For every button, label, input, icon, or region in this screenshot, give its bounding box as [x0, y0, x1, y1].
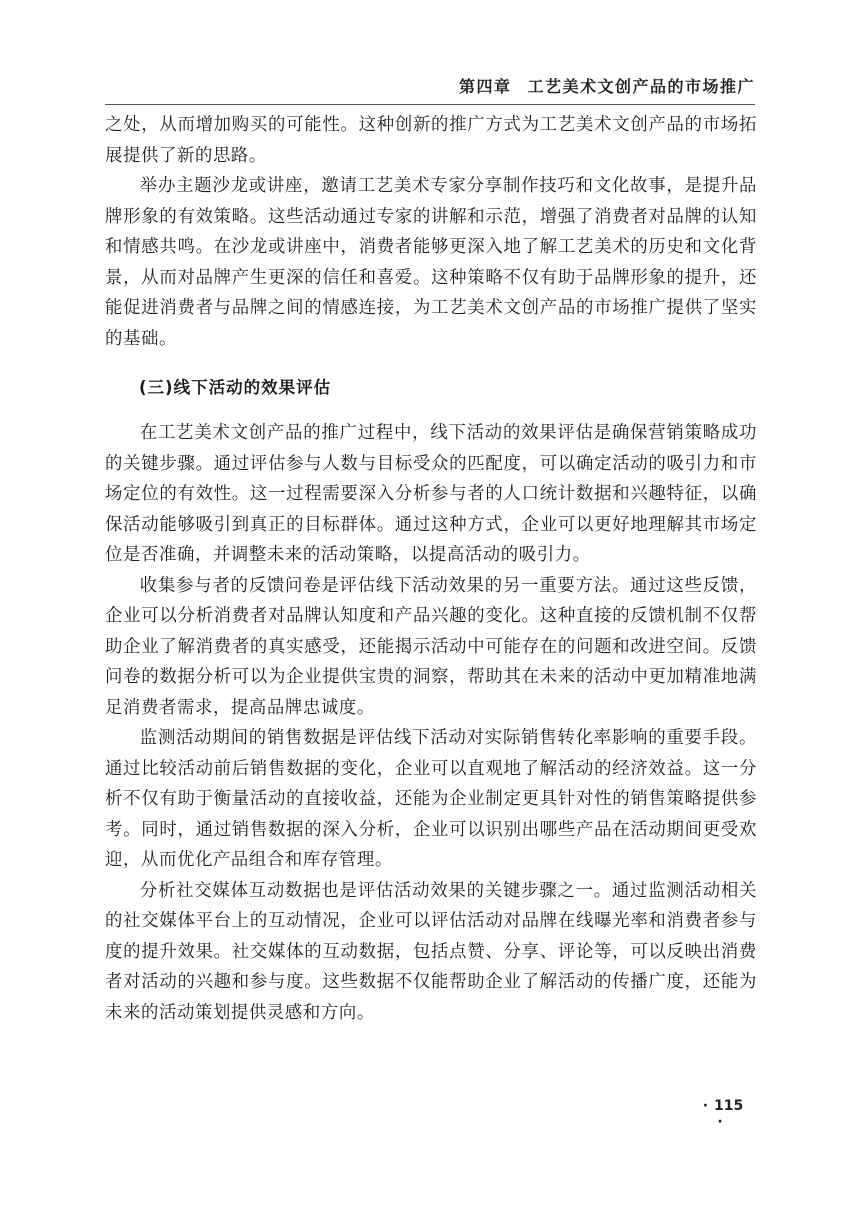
chapter-title: 工艺美术文创产品的市场推广 — [527, 77, 755, 96]
page-number: ·115· — [690, 1098, 750, 1130]
chapter-number: 第四章 — [459, 77, 512, 96]
section-heading: (三)线下活动的效果评估 — [105, 372, 757, 404]
book-page: 第四章工艺美术文创产品的市场推广 之处，从而增加购买的可能性。这种创新的推广方式… — [0, 0, 860, 1208]
paragraph-evaluation-intro: 在工艺美术文创产品的推广过程中，线下活动的效果评估是确保营销策略成功的关键步骤。… — [105, 418, 757, 571]
body-text: 之处，从而增加购买的可能性。这种创新的推广方式为工艺美术文创产品的市场拓展提供了… — [105, 110, 757, 1028]
paragraph-continuation: 之处，从而增加购买的可能性。这种创新的推广方式为工艺美术文创产品的市场拓展提供了… — [105, 110, 757, 171]
paragraph-feedback-survey: 收集参与者的反馈问卷是评估线下活动效果的另一重要方法。通过这些反馈，企业可以分析… — [105, 571, 757, 724]
page-number-dot-left: · — [703, 1098, 708, 1114]
page-number-value: 115 — [714, 1098, 743, 1114]
paragraph-salon-lectures: 举办主题沙龙或讲座，邀请工艺美术专家分享制作技巧和文化故事，是提升品牌形象的有效… — [105, 171, 757, 354]
paragraph-social-media: 分析社交媒体互动数据也是评估活动效果的关键步骤之一。通过监测活动相关的社交媒体平… — [105, 876, 757, 1029]
paragraph-sales-data: 监测活动期间的销售数据是评估线下活动对实际销售转化率影响的重要手段。通过比较活动… — [105, 723, 757, 876]
running-header: 第四章工艺美术文创产品的市场推广 — [105, 74, 755, 105]
page-number-dot-right: · — [717, 1114, 722, 1130]
